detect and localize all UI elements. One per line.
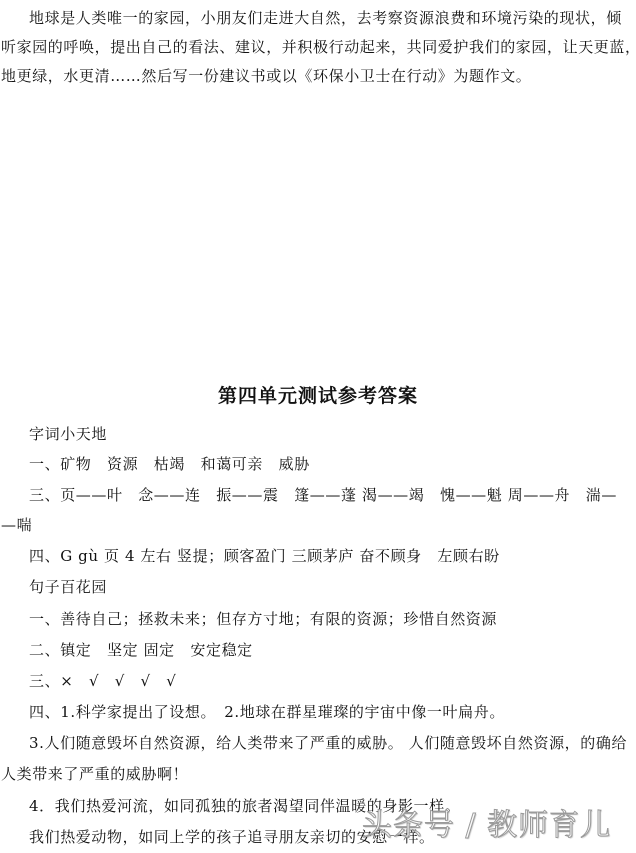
vocab-answer-3-line-2: —喘: [1, 515, 32, 535]
intro-line-1: 地球是人类唯一的家园，小朋友们走进大自然，去考察资源浪费和环境污染的现状，倾: [29, 8, 622, 28]
section-heading-sentences: 句子百花园: [29, 577, 107, 597]
vocab-answer-4: 四、G gù 页 4 左右 竖提；顾客盈门 三顾茅庐 奋不顾身 左顾右盼: [29, 546, 500, 566]
sentence-answer-3: 三、× √ √ √ √: [29, 671, 176, 691]
sentence-answer-2: 二、镇定 坚定 固定 安定稳定: [29, 640, 253, 660]
section-heading-vocabulary: 字词小天地: [29, 424, 107, 444]
watermark: 头条号 / 教师育儿: [362, 806, 611, 846]
sentence-answer-4-line-3: 人类带来了严重的威胁啊！: [1, 764, 188, 784]
sentence-answer-1: 一、善待自己；拯救未来；但存方寸地；有限的资源；珍惜自然资源: [29, 609, 497, 629]
sentence-answer-4-line-2: 3.人们随意毁坏自然资源，给人类带来了严重的威胁。 人们随意毁坏自然资源，的确给: [29, 733, 627, 753]
intro-line-3: 地更绿，水更清……然后写一份建议书或以《环保小卫士在行动》为题作文。: [1, 66, 531, 86]
sentence-answer-4-line-1: 四、1.科学家提出了设想。 2.地球在群星璀璨的宇宙中像一叶扁舟。: [29, 702, 505, 722]
vocab-answer-3-line-1: 三、页——叶 念——连 振——震 篷——蓬 渴——竭 愧——魁 周——舟 湍—: [29, 485, 617, 505]
intro-line-2: 听家园的呼唤，提出自己的看法、建议，并积极行动起来，共同爱护我们的家园，让天更蓝…: [1, 37, 636, 57]
vocab-answer-1: 一、矿物 资源 枯竭 和蔼可亲 威胁: [29, 454, 310, 474]
answers-title: 第四单元测试参考答案: [0, 383, 636, 409]
